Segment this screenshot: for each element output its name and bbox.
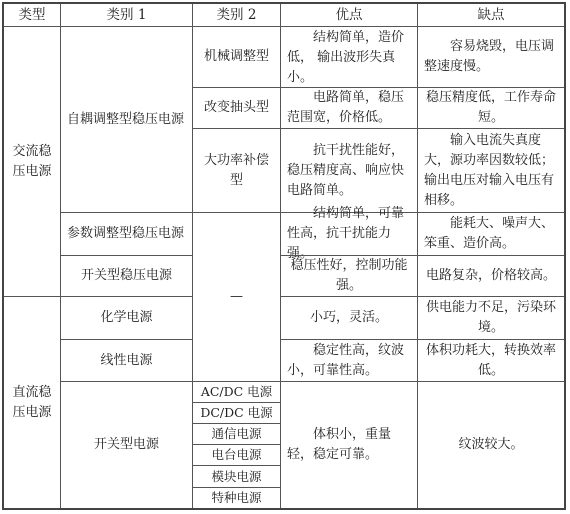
cons-high-power-compensation: 输入电流失真度大，源功率因数较低；输出电压对输入电压有相移。 [417,128,565,213]
cat1-chemical: 化学电源 [60,296,193,340]
pros-high-power-compensation: 抗干扰性能好，稳压精度高、响应快电路简单。 [280,128,418,213]
header-category-1: 类别 1 [60,3,193,27]
type-ac-regulated: 交流稳压电源 [3,26,61,297]
cat2-dcdc: DC/DC 电源 [192,402,281,424]
pros-switching-regulated: 稳压性好，控制功能强。 [280,255,418,297]
pros-switching: 体积小，重量轻，稳定可靠。 [280,381,418,509]
header-type: 类型 [3,3,61,27]
cat2-merged-none: — [192,212,281,382]
cat2-radio-station: 电台电源 [192,444,281,466]
cat1-switching: 开关型电源 [60,381,193,509]
cons-linear: 体积功耗大，转换效率低。 [417,339,565,382]
type-dc-regulated: 直流稳压电源 [3,296,61,509]
cons-mechanical: 容易烧毁，电压调整速度慢。 [417,26,565,88]
power-supply-comparison-table: 类型 类别 1 类别 2 优点 缺点 交流稳压电源 自耦调整型稳压电源 机械调整… [3,3,565,509]
cat2-high-power-compensation: 大功率补偿型 [192,128,281,213]
pros-chemical: 小巧，灵活。 [280,296,418,340]
cat2-telecom: 通信电源 [192,423,281,445]
cat1-parametric: 参数调整型稳压电源 [60,212,193,256]
pros-mechanical: 结构简单，造价低， 输出波形失真小。 [280,26,418,88]
pros-linear: 稳定性高，纹波小，可靠性高。 [280,339,418,382]
header-cons: 缺点 [417,3,565,27]
pros-tap-change: 电路简单，稳压范围宽，价格低。 [280,87,418,129]
cat2-mechanical: 机械调整型 [192,26,281,88]
header-pros: 优点 [280,3,418,27]
cat2-module: 模块电源 [192,465,281,488]
cons-chemical: 供电能力不足，污染环境。 [417,296,565,340]
header-category-2: 类别 2 [192,3,281,27]
cons-parametric: 能耗大、噪声大、笨重、造价高。 [417,212,565,256]
cat1-autotransformer: 自耦调整型稳压电源 [60,26,193,213]
cons-switching: 纹波较大。 [417,381,565,509]
cons-tap-change: 稳压精度低，工作寿命短。 [417,87,565,129]
cat2-special: 特种电源 [192,487,281,509]
cat1-switching-regulated: 开关型稳压电源 [60,255,193,297]
cat2-tap-change: 改变抽头型 [192,87,281,129]
cat1-linear: 线性电源 [60,339,193,382]
cat2-acdc: AC/DC 电源 [192,381,281,403]
cons-switching-regulated: 电路复杂，价格较高。 [417,255,565,297]
pros-parametric: 结构简单，可靠性高，抗干扰能力强。 [280,212,418,256]
